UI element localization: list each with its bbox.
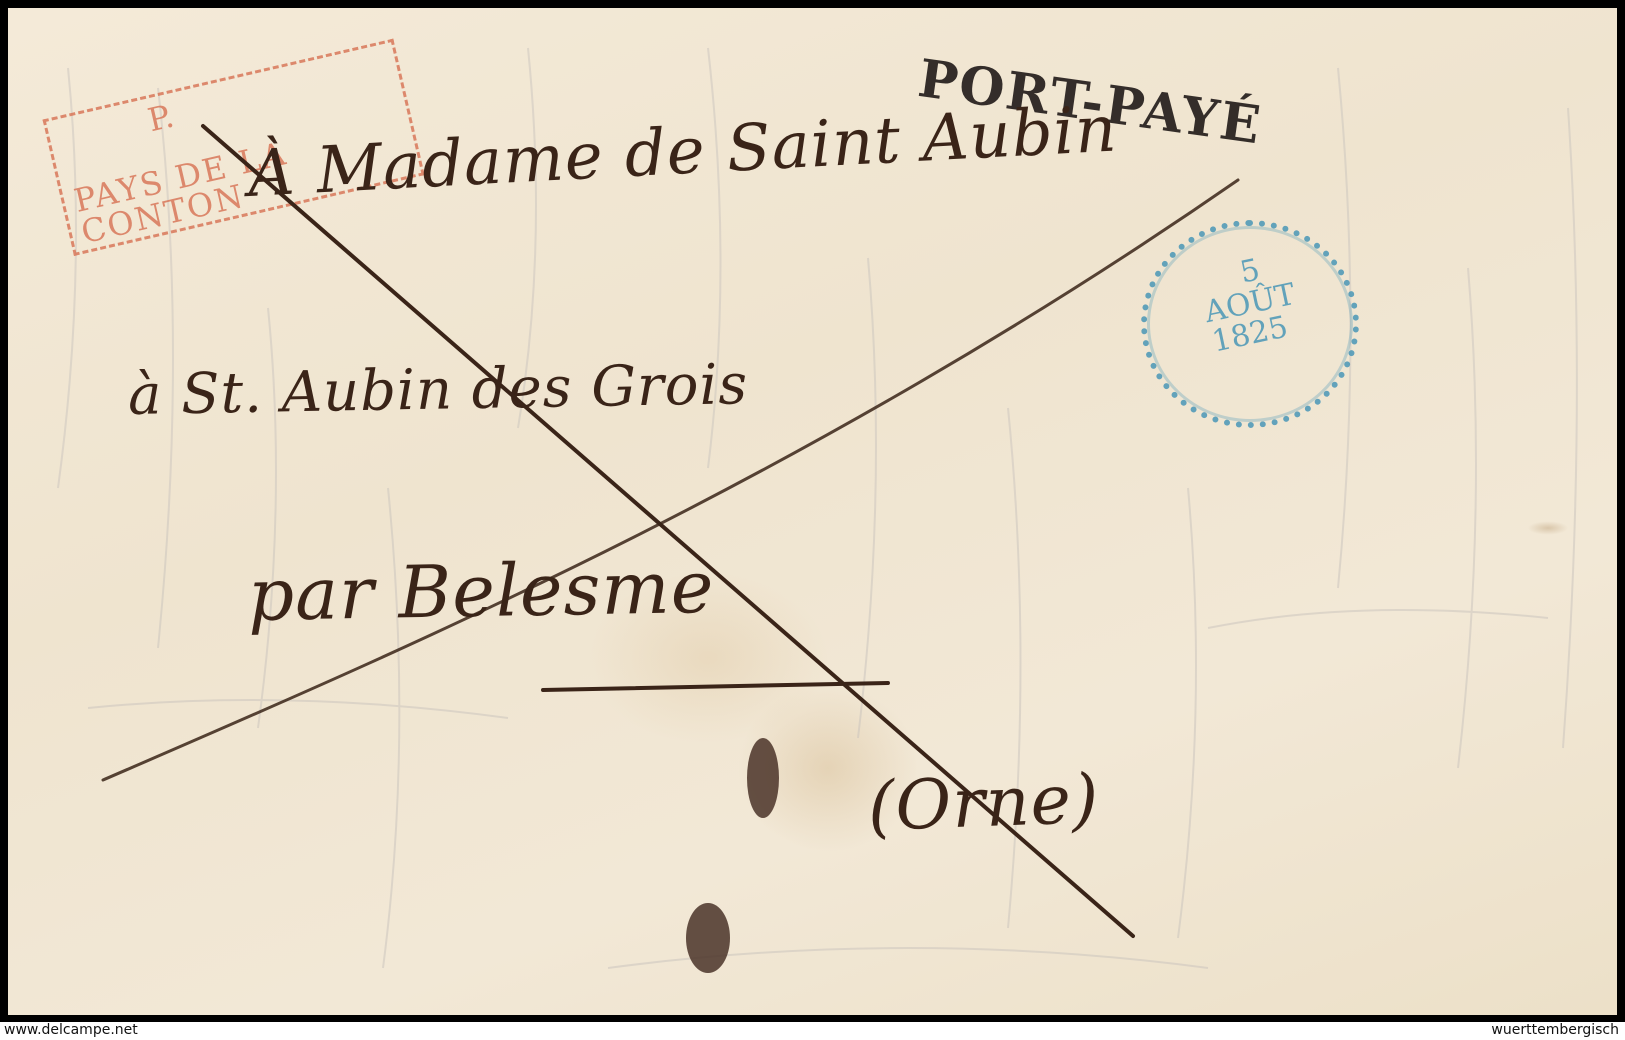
source-watermark: www.delcampe.net <box>4 1022 138 1038</box>
watermark-bar: www.delcampe.net wuerttembergisch <box>0 1022 1625 1040</box>
cancellation-cross <box>8 8 1617 1015</box>
seller-watermark: wuerttembergisch <box>1491 1022 1619 1038</box>
postal-cover: P. PAYS DE LA CONTON PORT-PAYÉ 5 AOÛT 18… <box>8 8 1617 1015</box>
